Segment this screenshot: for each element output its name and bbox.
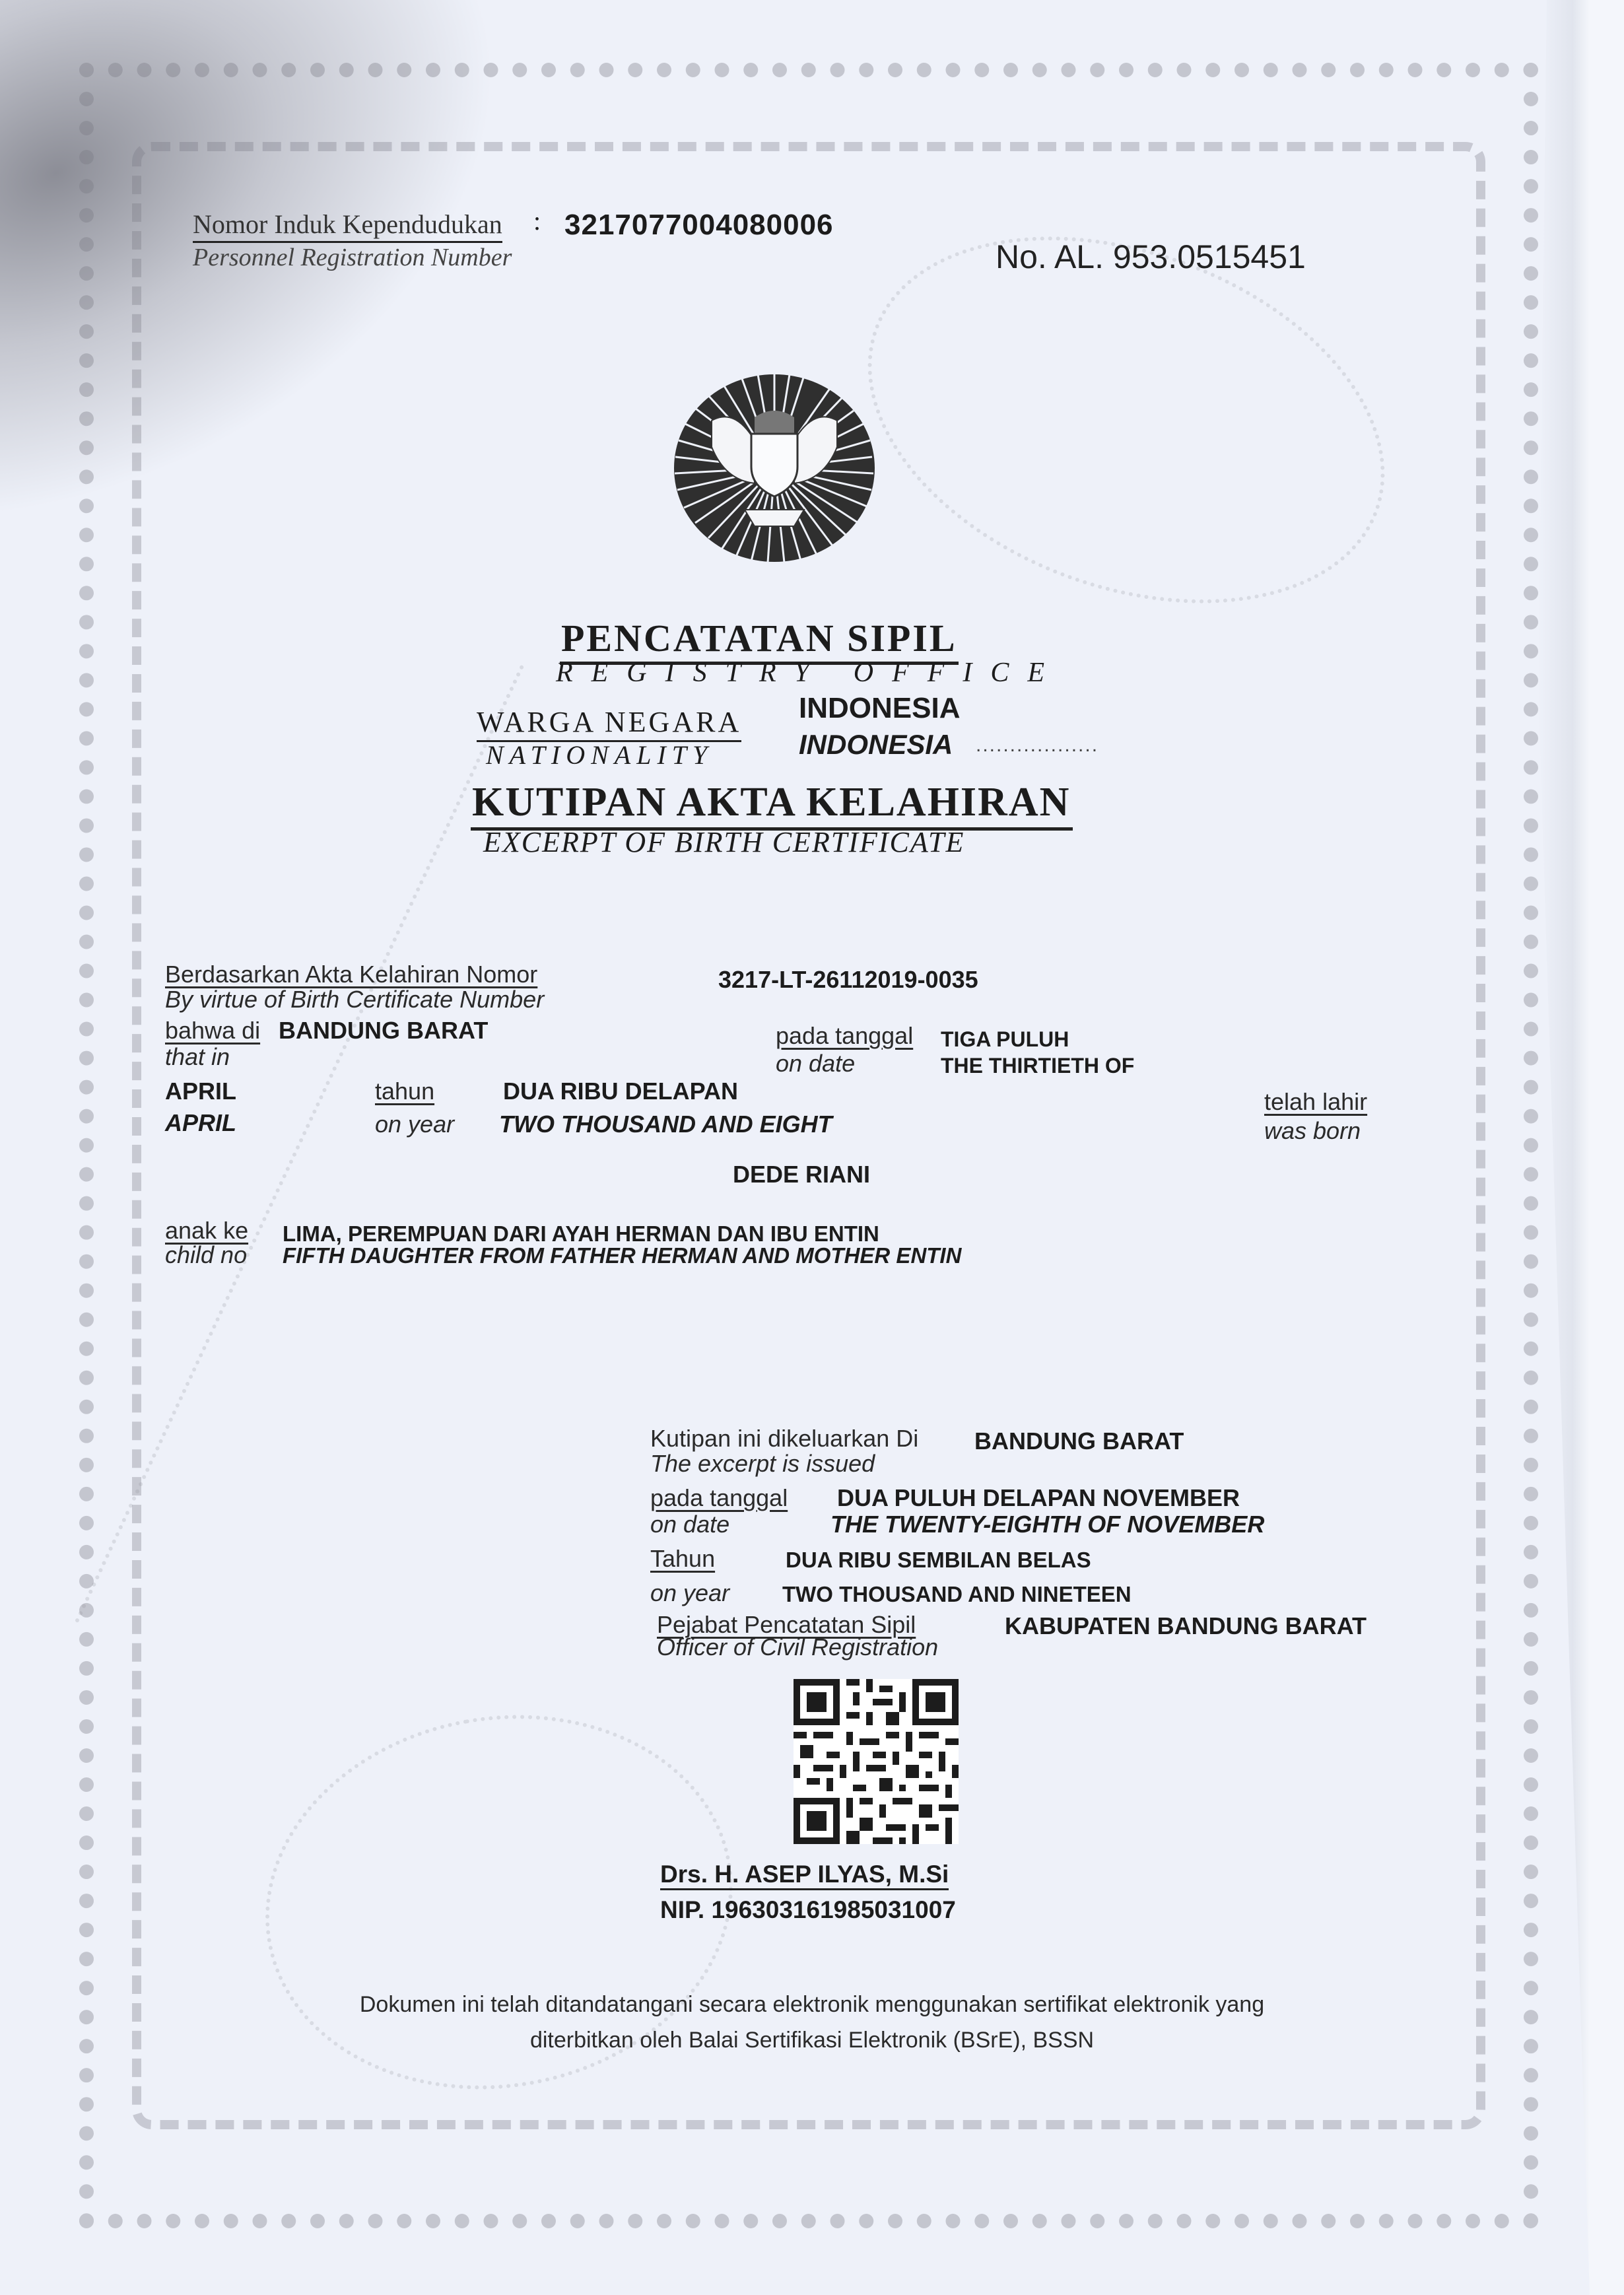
- issue-place-label: Kutipan ini dikeluarkan Di: [650, 1425, 918, 1453]
- garuda-emblem-icon: [672, 368, 877, 566]
- cert-number-label-en: By virtue of Birth Certificate Number: [165, 986, 544, 1013]
- office-title-en: REGISTRY OFFICE: [556, 657, 1063, 689]
- issue-date-label: pada tanggal: [650, 1484, 788, 1512]
- birth-date-value-en: THE THIRTIETH OF: [941, 1054, 1134, 1078]
- qr-code-icon[interactable]: [794, 1679, 959, 1844]
- birth-place-label: bahwa di: [165, 1017, 260, 1045]
- nik-value: 3217077004080006: [564, 209, 834, 242]
- issue-date-value-en: THE TWENTY-EIGHTH OF NOVEMBER: [830, 1511, 1264, 1538]
- child-name: DEDE RIANI: [733, 1161, 870, 1188]
- e-signature-note-line2: diterbitkan oleh Balai Sertifikasi Elekt…: [0, 2024, 1624, 2056]
- birth-date-label-en: on date: [776, 1050, 855, 1078]
- nationality-dots: ..................: [976, 734, 1099, 757]
- nationality-label-en: NATIONALITY: [486, 739, 713, 771]
- certificate-title-en: EXCERPT OF BIRTH CERTIFICATE: [483, 825, 964, 859]
- birth-place-label-en: that in: [165, 1043, 230, 1071]
- nationality-label: WARGA NEGARA: [477, 705, 741, 742]
- document-number: No. AL. 953.0515451: [996, 238, 1306, 276]
- issue-date-value: DUA PULUH DELAPAN NOVEMBER: [837, 1484, 1240, 1512]
- signer-name: Drs. H. ASEP ILYAS, M.Si: [660, 1861, 949, 1890]
- birth-month-value: APRIL: [165, 1078, 236, 1105]
- officer-label-en: Officer of Civil Registration: [657, 1633, 938, 1661]
- officer-value: KABUPATEN BANDUNG BARAT: [1005, 1612, 1367, 1640]
- child-order-label: anak ke: [165, 1217, 248, 1245]
- born-label-en: was born: [1264, 1117, 1361, 1145]
- birth-year-label-en: on year: [375, 1111, 454, 1138]
- paper-edge: [1538, 0, 1624, 2295]
- issue-year-value-en: TWO THOUSAND AND NINETEEN: [782, 1582, 1132, 1607]
- issue-year-label-en: on year: [650, 1579, 729, 1607]
- born-label: telah lahir: [1264, 1088, 1367, 1116]
- child-order-label-en: child no: [165, 1241, 247, 1269]
- nik-label: Nomor Induk Kependudukan: [193, 209, 502, 243]
- cert-number-label: Berdasarkan Akta Kelahiran Nomor: [165, 961, 537, 988]
- signer-nip: NIP. 196303161985031007: [660, 1896, 956, 1924]
- child-order-value-en: FIFTH DAUGHTER FROM FATHER HERMAN AND MO…: [283, 1243, 961, 1268]
- birth-date-label: pada tanggal: [776, 1022, 913, 1050]
- birth-month-value-en: APRIL: [165, 1109, 236, 1137]
- nik-colon: :: [533, 211, 541, 231]
- cert-number-value: 3217-LT-26112019-0035: [718, 966, 978, 994]
- issue-year-value: DUA RIBU SEMBILAN BELAS: [786, 1548, 1091, 1573]
- nik-label-en: Personnel Registration Number: [193, 243, 512, 272]
- issue-place-label-en: The excerpt is issued: [650, 1450, 875, 1478]
- nationality-value: INDONESIA: [799, 692, 960, 725]
- nationality-value-en: INDONESIA: [799, 729, 953, 761]
- birth-year-value-en: TWO THOUSAND AND EIGHT: [499, 1111, 832, 1138]
- issue-place-value: BANDUNG BARAT: [974, 1427, 1184, 1455]
- issue-year-label: Tahun: [650, 1545, 715, 1573]
- birth-date-value: TIGA PULUH: [941, 1027, 1069, 1052]
- birth-year-value: DUA RIBU DELAPAN: [503, 1078, 738, 1105]
- e-signature-note-line1: Dokumen ini telah ditandatangani secara …: [0, 1989, 1624, 2020]
- issue-date-label-en: on date: [650, 1511, 729, 1538]
- birth-place-value: BANDUNG BARAT: [279, 1017, 488, 1045]
- birth-year-label: tahun: [375, 1078, 434, 1105]
- certificate-title: KUTIPAN AKTA KELAHIRAN: [471, 779, 1073, 831]
